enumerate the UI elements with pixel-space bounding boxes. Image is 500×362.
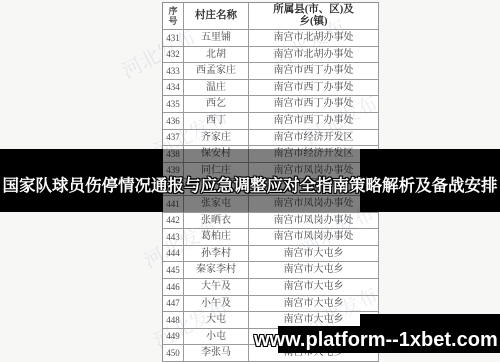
village-cell: 李张马 <box>184 345 249 362</box>
township-cell: 南宫市西丁办事处 <box>249 113 379 130</box>
village-cell: 大屯 <box>184 312 249 329</box>
township-cell: 南宫市西丁办事处 <box>249 80 379 97</box>
serial-cell: 449 <box>163 329 184 346</box>
header-village: 村庄名称 <box>184 3 249 30</box>
village-cell: 西丁 <box>184 113 249 130</box>
township-cell: 南宫市北胡办事处 <box>249 30 379 47</box>
village-cell: 秦家李村 <box>184 262 249 279</box>
serial-cell: 444 <box>163 246 184 263</box>
village-cell: 葛柏庄 <box>184 229 249 246</box>
serial-cell: 436 <box>163 113 184 130</box>
village-cell: 大午及 <box>184 279 249 296</box>
township-cell: 南宫市北胡办事处 <box>249 47 379 64</box>
serial-cell: 445 <box>163 262 184 279</box>
serial-cell: 435 <box>163 96 184 113</box>
serial-cell: 433 <box>163 63 184 80</box>
village-cell: 温庄 <box>184 80 249 97</box>
village-cell: 张晒衣 <box>184 213 249 230</box>
village-cell: 齐家庄 <box>184 130 249 147</box>
township-cell: 南宫市经济开发区 <box>249 130 379 147</box>
township-cell: 南宫市大屯乡 <box>249 279 379 296</box>
serial-cell: 450 <box>163 345 184 362</box>
serial-cell: 443 <box>163 229 184 246</box>
township-cell: 南宫市凤岗办事处 <box>249 229 379 246</box>
serial-cell: 442 <box>163 213 184 230</box>
township-cell: 南宫市大屯乡 <box>249 296 379 313</box>
village-cell: 小屯 <box>184 329 249 346</box>
village-cell: 五里铺 <box>184 30 249 47</box>
village-cell: 孙李村 <box>184 246 249 263</box>
header-serial: 序 号 <box>163 3 184 30</box>
serial-cell: 447 <box>163 296 184 313</box>
serial-cell: 432 <box>163 47 184 64</box>
serial-cell: 431 <box>163 30 184 47</box>
village-cell: 小午及 <box>184 296 249 313</box>
serial-cell: 434 <box>163 80 184 97</box>
township-cell: 南宫市凤岗办事处 <box>249 213 379 230</box>
township-cell: 南宫市大屯乡 <box>249 262 379 279</box>
township-cell: 南宫市西丁办事处 <box>249 63 379 80</box>
watermark-url: www.platform--1xbet.com <box>254 327 500 353</box>
village-cell: 西孟家庄 <box>184 63 249 80</box>
header-township: 所属县(市、区)及 乡(镇) <box>249 3 379 30</box>
serial-cell: 448 <box>163 312 184 329</box>
village-cell: 西乞 <box>184 96 249 113</box>
township-cell: 南宫市大屯乡 <box>249 246 379 263</box>
serial-cell: 446 <box>163 279 184 296</box>
village-cell: 北胡 <box>184 47 249 64</box>
serial-cell: 437 <box>163 130 184 147</box>
township-cell: 南宫市西丁办事处 <box>249 96 379 113</box>
overlay-headline: 国家队球员伤停情况通报与应急调整应对全指南策略解析及备战安排 <box>0 170 500 198</box>
